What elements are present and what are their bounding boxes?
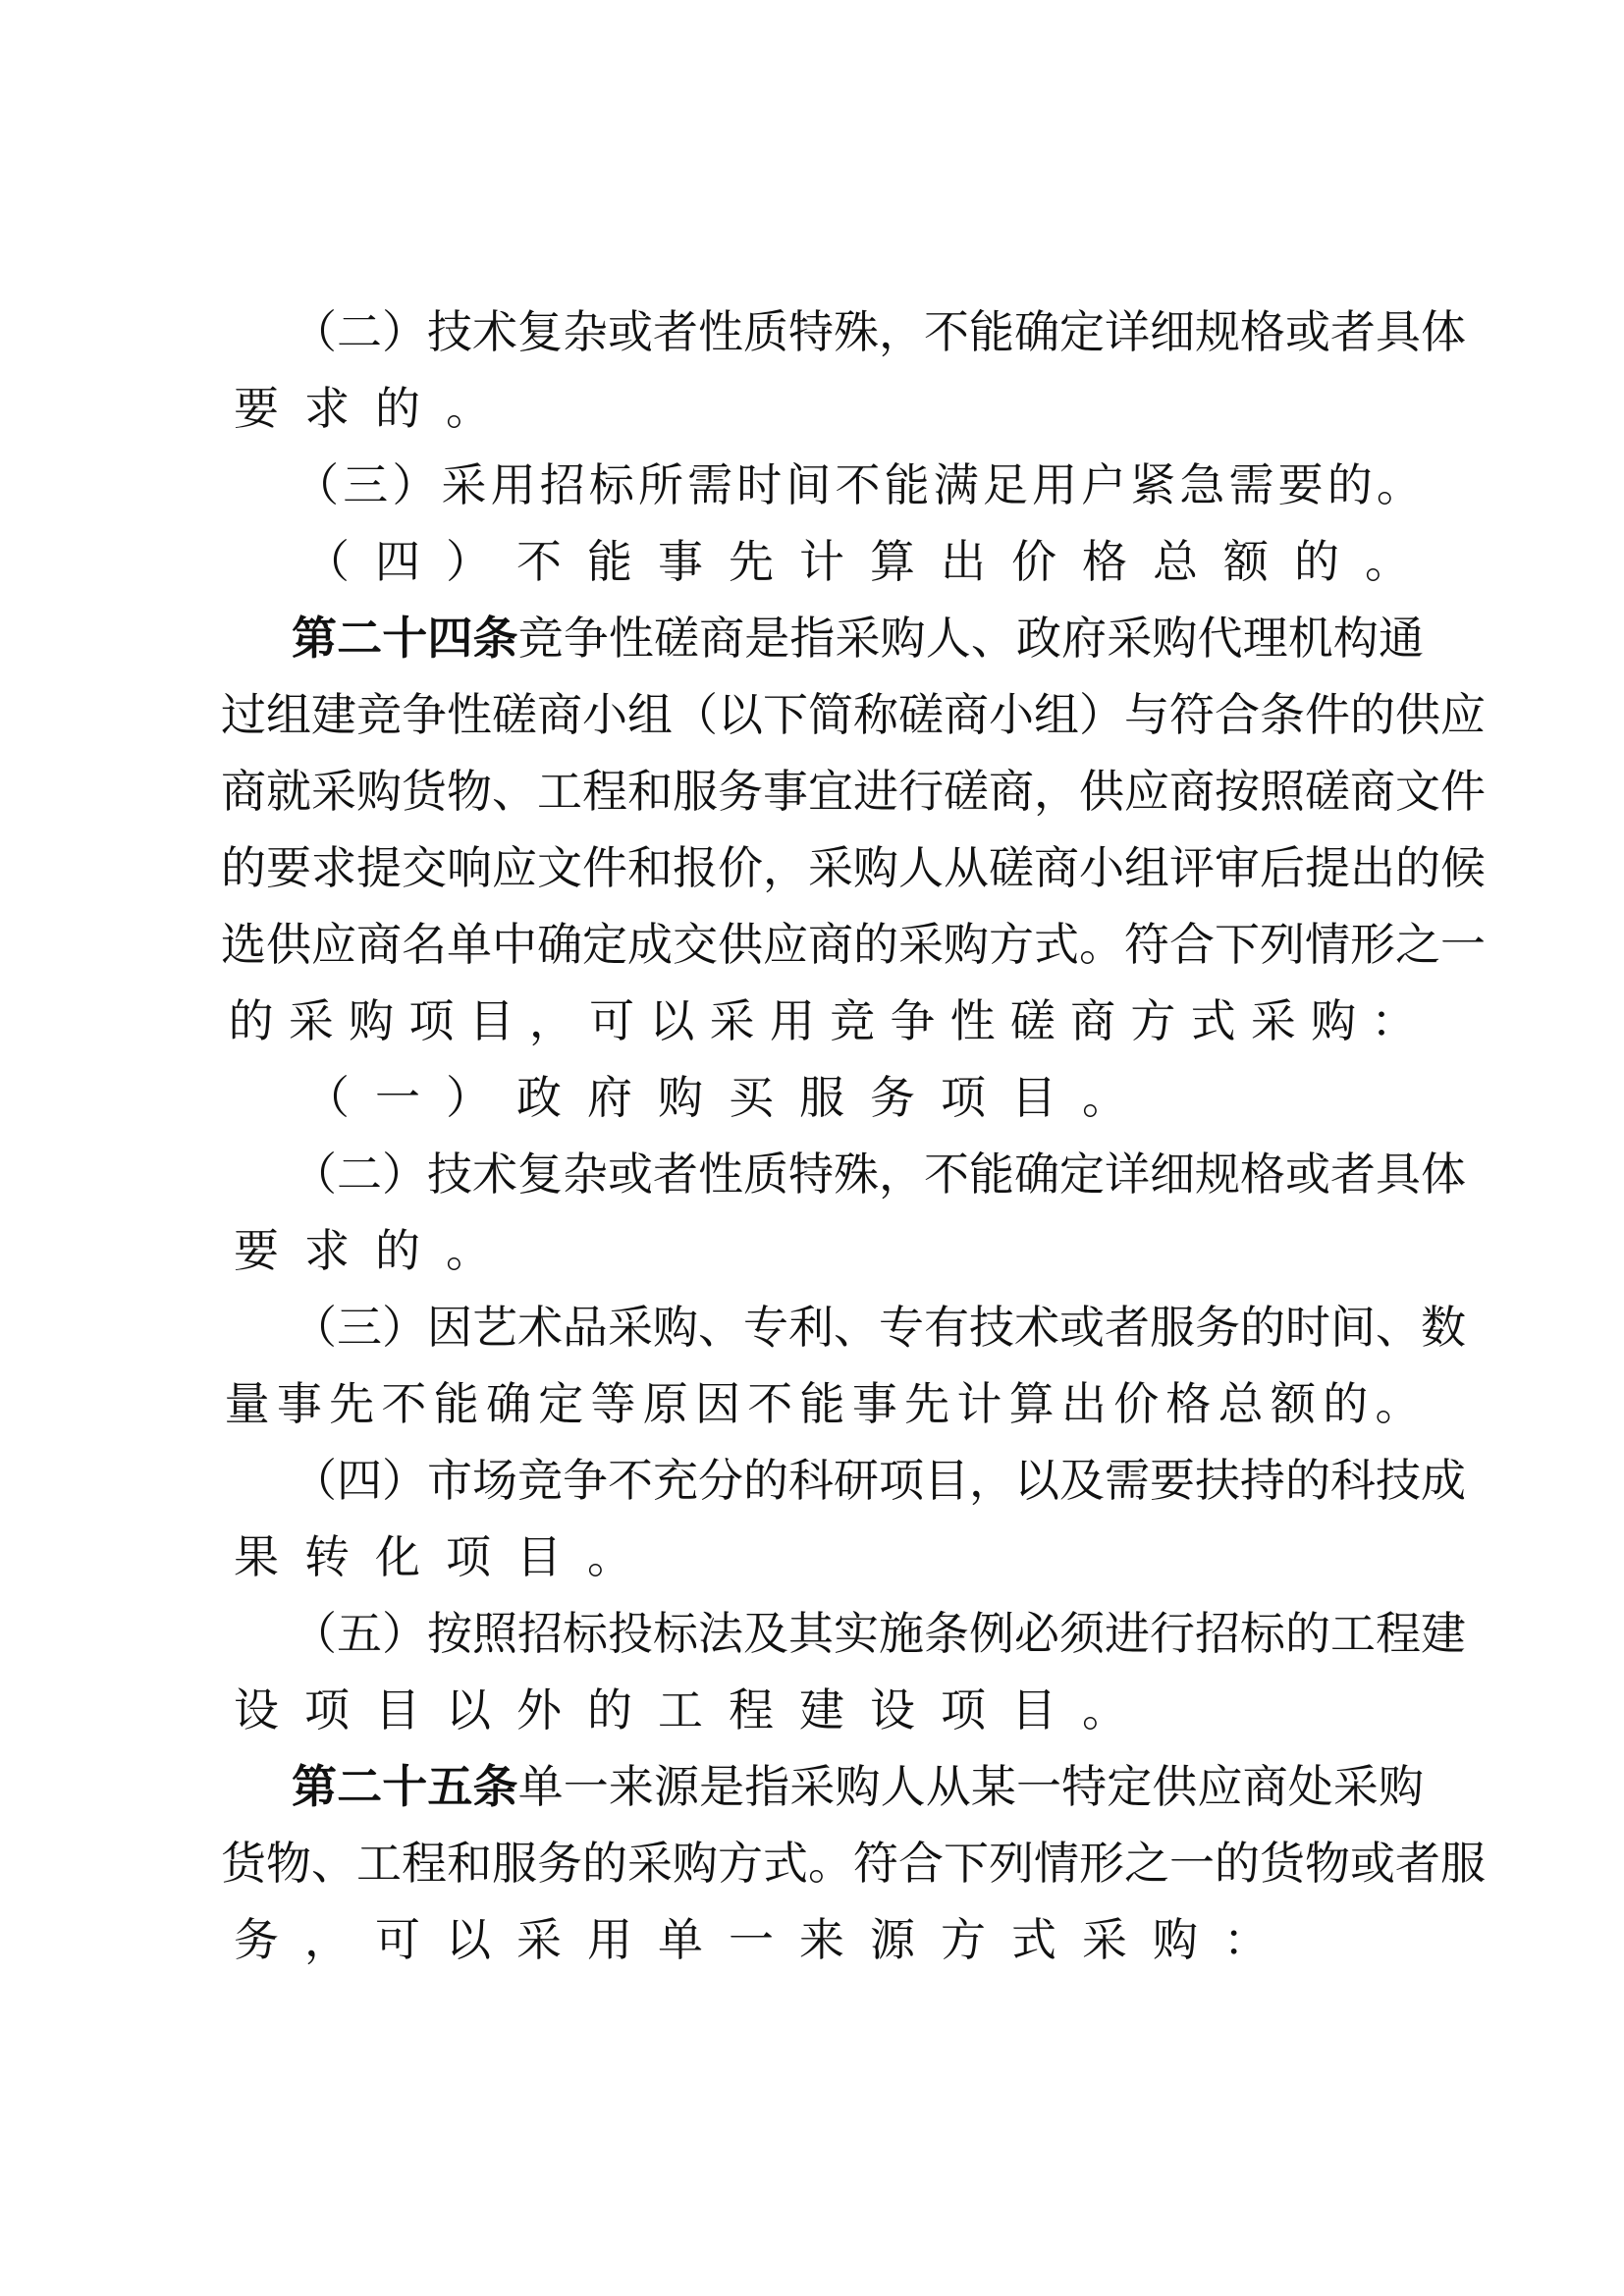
paragraph-line: 的采购项目，可以采用竞争性磋商方式采购：: [221, 983, 1424, 1059]
paragraph-line: （四）市场竞争不充分的科研项目，以及需要扶持的科技成: [292, 1442, 1424, 1519]
paragraph-line: 选供应商名单中确定成交供应商的采购方式。符合下列情形之一: [221, 906, 1424, 983]
paragraph-line: 设项目以外的工程建设项目。: [221, 1672, 1424, 1748]
article-heading-line: 第二十四条竞争性磋商是指采购人、政府采购代理机构通: [292, 600, 1424, 676]
paragraph-line: 的要求提交响应文件和报价，采购人从磋商小组评审后提出的候: [221, 829, 1424, 906]
paragraph-line: （四）不能事先计算出价格总额的。: [292, 523, 1424, 600]
paragraph-line: 要求的。: [221, 1212, 1424, 1289]
paragraph-line: （二）技术复杂或者性质特殊，不能确定详细规格或者具体: [292, 1136, 1424, 1212]
paragraph-line: 果转化项目。: [221, 1519, 1424, 1595]
paragraph-line: 务，可以采用单一来源方式采购：: [221, 1901, 1424, 1978]
paragraph-line: 商就采购货物、工程和服务事宜进行磋商，供应商按照磋商文件: [221, 753, 1424, 829]
paragraph-line: 过组建竞争性磋商小组（以下简称磋商小组）与符合条件的供应: [221, 676, 1424, 753]
paragraph-line: 量事先不能确定等原因不能事先计算出价格总额的。: [221, 1365, 1424, 1442]
document-page: （二）技术复杂或者性质特殊，不能确定详细规格或者具体要求的。（三）采用招标所需时…: [0, 0, 1624, 2296]
paragraph-line: （三）采用招标所需时间不能满足用户紧急需要的。: [292, 447, 1424, 523]
paragraph-line: （三）因艺术品采购、专利、专有技术或者服务的时间、数: [292, 1289, 1424, 1365]
paragraph-line: （二）技术复杂或者性质特殊，不能确定详细规格或者具体: [292, 294, 1424, 370]
article-heading-line: 第二十五条单一来源是指采购人从某一特定供应商处采购: [292, 1748, 1424, 1825]
paragraph-line: 要求的。: [221, 370, 1424, 447]
paragraph-line: （五）按照招标投标法及其实施条例必须进行招标的工程建: [292, 1595, 1424, 1672]
paragraph-line: （一）政府购买服务项目。: [292, 1059, 1424, 1136]
paragraph-line: 货物、工程和服务的采购方式。符合下列情形之一的货物或者服: [221, 1825, 1424, 1901]
